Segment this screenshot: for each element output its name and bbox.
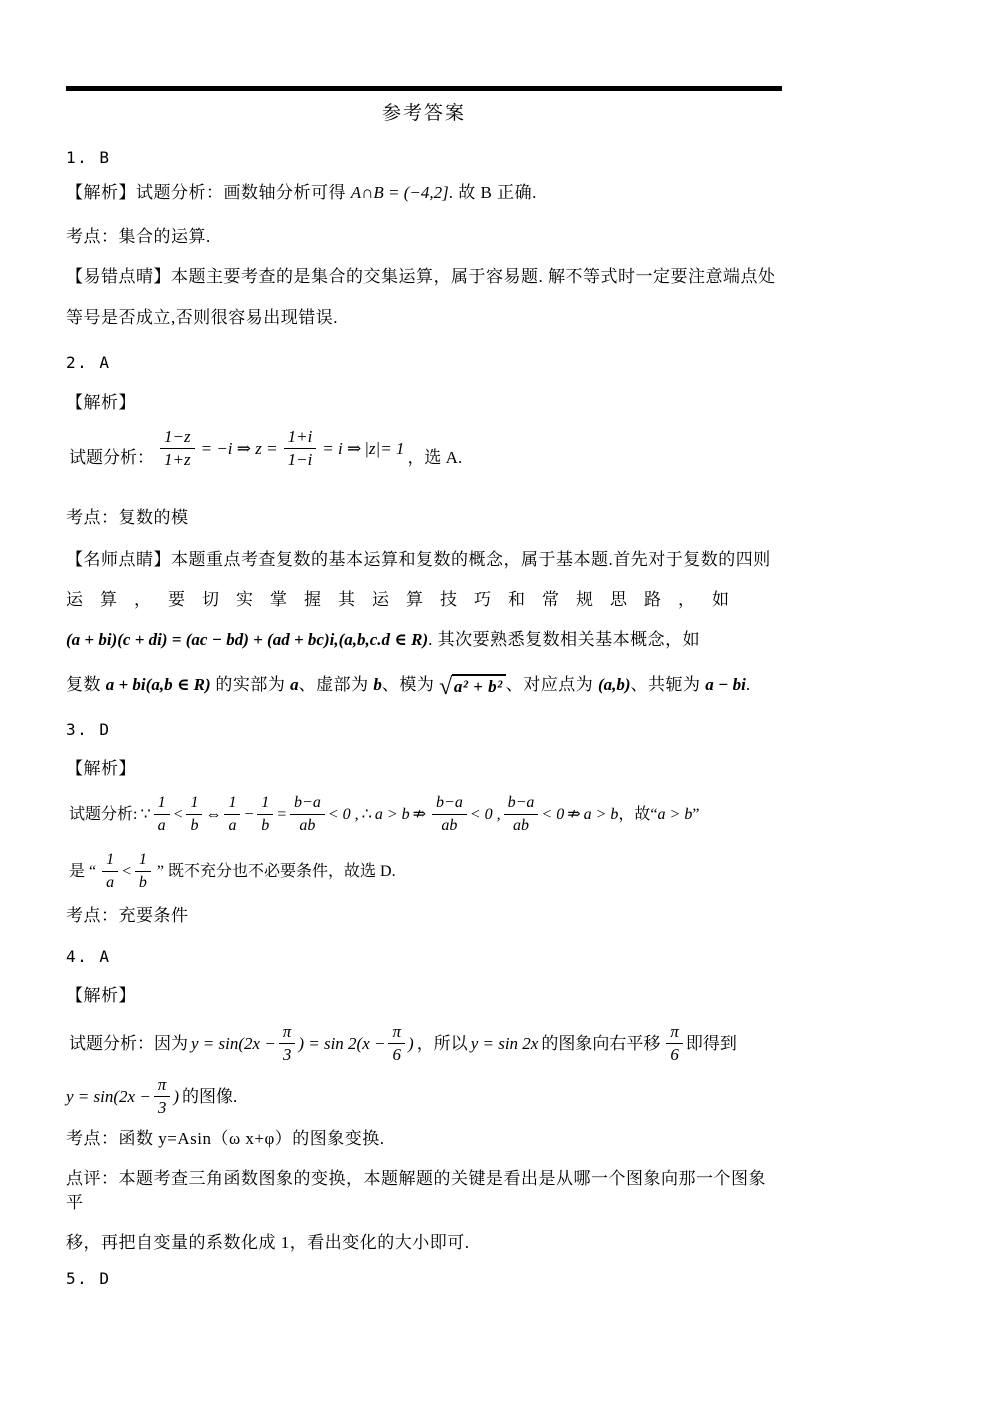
fraction-denominator: a (154, 815, 170, 836)
q2-note4-cn2: 的实部为 (215, 675, 285, 694)
fraction-denominator: 1+z (160, 449, 195, 470)
q2-note4-cn4: 、模为 (382, 675, 435, 694)
q3-lt0b: < 0 , (470, 805, 501, 825)
document-page: 参考答案 1. B 【解析】试题分析：画数轴分析可得 A∩B = (−4,2].… (0, 0, 992, 1403)
q1-kaodian: 考点：集合的运算. (66, 225, 782, 249)
q2-formula-tail: ，选 A. (407, 448, 462, 470)
fraction-denominator: ab (290, 815, 325, 836)
q2-note-math: (a + bi)(c + di) = (ac − bd) + (ad + bc)… (66, 630, 428, 649)
q2-note-line2: 运算，要切实掌握其运算技巧和常规思路，如 (66, 588, 782, 612)
not-implies-symbol: ⇏ (567, 805, 580, 825)
fraction: 1b (186, 793, 202, 836)
fraction: 1+i 1−i (284, 427, 317, 470)
q2-formula-abs: |z|= 1 (364, 439, 404, 459)
q3-ab3: a > b (658, 805, 693, 825)
q3-formula-label: 试题分析: (69, 805, 137, 825)
q1-analysis-math: A∩B = (−4,2] (351, 183, 449, 202)
fraction-denominator: b (186, 815, 202, 836)
fraction: π6 (666, 1022, 683, 1065)
fraction-numerator: 1 (154, 793, 170, 815)
q1-analysis-prefix: 【解析】试题分析：画数轴分析可得 (66, 183, 346, 202)
fraction-numerator: 1 (135, 850, 151, 872)
fraction-denominator: 3 (279, 1044, 296, 1065)
q4-comment-line2: 移，再把自变量的系数化成 1，看出变化的大小即可. (66, 1231, 782, 1255)
q4-row2-cn1: 的图像. (182, 1087, 237, 1107)
q2-formula-mid1: = −i ⇒ z = (201, 439, 278, 459)
q3-kaodian: 考点：充要条件 (66, 904, 782, 928)
q4-kaodian: 考点：函数 y=Asin（ω x+φ）的图象变换. (66, 1127, 782, 1151)
fraction-denominator: b (135, 872, 151, 893)
radical-sign-icon: √ (439, 677, 453, 697)
fraction-numerator: b−a (504, 793, 539, 815)
header-rule (66, 86, 782, 91)
q2-note4-cn1: 复数 (66, 675, 101, 694)
fraction: 1a (224, 793, 240, 836)
fraction-numerator: π (154, 1075, 171, 1097)
q2-note4-cn7: . (746, 675, 751, 694)
answer-2-label: 2. A (66, 352, 782, 374)
fraction: 1a (154, 793, 170, 836)
q3-ab1: a > b (375, 805, 410, 825)
q3-ab2: a > b (584, 805, 619, 825)
q3-lt0a: < 0 , (328, 805, 359, 825)
q4-formula-row2: y = sin(2x − π3 ) 的图像. (66, 1075, 782, 1118)
fraction-numerator: π (279, 1022, 296, 1044)
q4-row1-m2: ) = sin 2(x − (298, 1034, 385, 1054)
fraction-denominator: b (257, 815, 273, 836)
fraction: π3 (154, 1075, 171, 1118)
answer-4-label: 4. A (66, 946, 782, 968)
q2-note4-m2: a (290, 675, 299, 694)
fraction: 1b (257, 793, 273, 836)
fraction: π3 (279, 1022, 296, 1065)
q4-row1-m1: y = sin(2x − (191, 1034, 276, 1054)
q3-lt0c: < 0 (541, 805, 564, 825)
q2-note4-m1: a + bi(a,b ∈ R) (106, 675, 211, 694)
q3-row2-prefix: 是 “ (69, 862, 96, 882)
because-symbol: ∵ (140, 805, 150, 825)
fraction: b−aab (504, 793, 539, 836)
fraction-denominator: 6 (388, 1044, 405, 1065)
page-title: 参考答案 (66, 101, 782, 127)
fraction-denominator: 3 (154, 1097, 171, 1118)
fraction-numerator: 1 (257, 793, 273, 815)
q3-tail-cn: ，故“ (618, 805, 657, 825)
q2-kaodian: 考点：复数的模 (66, 506, 782, 530)
q2-jiexi-label: 【解析】 (66, 391, 782, 415)
q3-jiexi-label: 【解析】 (66, 757, 782, 781)
fraction-numerator: π (388, 1022, 405, 1044)
q3-formula-row1: 试题分析: ∵ 1a < 1b ⇔ 1a − 1b = b−aab < 0 , … (66, 793, 782, 836)
page-content: 参考答案 1. B 【解析】试题分析：画数轴分析可得 A∩B = (−4,2].… (0, 0, 992, 1290)
fraction-denominator: a (102, 872, 118, 893)
fraction-denominator: a (224, 815, 240, 836)
less-than: < (121, 862, 132, 882)
answer-3-label: 3. D (66, 719, 782, 741)
fraction-numerator: 1−z (160, 427, 195, 449)
q3-row2-tail: ” 既不充分也不必要条件，故选 D. (157, 862, 396, 882)
answer-1-label: 1. B (66, 147, 782, 169)
fraction-numerator: 1 (224, 793, 240, 815)
minus-sign: − (243, 805, 254, 825)
q2-note-suffix: . 其次要熟悉复数相关基本概念，如 (428, 630, 700, 649)
q2-note-line3: (a + bi)(c + di) = (ac − bd) + (ad + bc)… (66, 628, 782, 652)
q2-note-line1: 【名师点睛】本题重点考查复数的基本运算和复数的概念，属于基本题.首先对于复数的四… (66, 548, 782, 572)
q4-formula-row1: 试题分析：因为 y = sin(2x − π3 ) = sin 2(x − π6… (66, 1022, 782, 1065)
fraction-denominator: ab (432, 815, 467, 836)
q4-row1-m3: ) (408, 1034, 414, 1054)
q1-analysis: 【解析】试题分析：画数轴分析可得 A∩B = (−4,2]. 故 B 正确. (66, 181, 782, 205)
fraction-denominator: 1−i (284, 449, 317, 470)
iff-symbol: ⇔ (205, 805, 221, 825)
fraction-numerator: 1+i (284, 427, 317, 449)
q4-row1-cn4: 即得到 (686, 1034, 737, 1054)
q2-formula-mid2: = i ⇒ (322, 439, 361, 459)
less-than: < (173, 805, 184, 825)
fraction-numerator: b−a (290, 793, 325, 815)
fraction-numerator: 1 (102, 850, 118, 872)
fraction: 1−z 1+z (160, 427, 195, 470)
fraction-denominator: 6 (666, 1044, 683, 1065)
q3-formula-row2: 是 “ 1a < 1b ” 既不充分也不必要条件，故选 D. (66, 850, 782, 893)
q2-note4-m5: a − bi (705, 675, 746, 694)
fraction-numerator: 1 (186, 793, 202, 815)
q3-quote: ” (692, 805, 699, 825)
answer-5-label: 5. D (66, 1268, 782, 1290)
q4-row1-m4: y = sin 2x (471, 1034, 539, 1054)
fraction: b−aab (290, 793, 325, 836)
q2-note-line4: 复数 a + bi(a,b ∈ R) 的实部为 a、虚部为 b、模为 √a² +… (66, 673, 782, 697)
not-implies-symbol: ⇏ (413, 805, 426, 825)
fraction: π6 (388, 1022, 405, 1065)
q1-note-line2: 等号是否成立,否则很容易出现错误. (66, 306, 782, 330)
q2-formula-row: 试题分析： 1−z 1+z = −i ⇒ z = 1+i 1−i = i ⇒ |… (66, 427, 782, 470)
fraction: 1b (135, 850, 151, 893)
q2-note4-cn6: 、共轭为 (631, 675, 701, 694)
q1-analysis-suffix: . 故 B 正确. (449, 183, 537, 202)
fraction-numerator: b−a (432, 793, 467, 815)
q2-formula-label: 试题分析： (69, 448, 154, 470)
q4-row2-m2: ) (173, 1087, 179, 1107)
fraction: b−aab (432, 793, 467, 836)
q4-row1-cn1: 试题分析：因为 (69, 1034, 188, 1054)
q4-row1-cn2: ，所以 (417, 1034, 468, 1054)
q4-row2-m1: y = sin(2x − (66, 1087, 151, 1107)
q4-jiexi-label: 【解析】 (66, 984, 782, 1008)
q2-note4-m3: b (373, 675, 382, 694)
sqrt-radicand: a² + b² (452, 674, 506, 697)
q2-note4-cn5: 、对应点为 (506, 675, 594, 694)
therefore-symbol: ∴ (362, 805, 372, 825)
q1-note-line1: 【易错点晴】本题主要考查的是集合的交集运算，属于容易题. 解不等式时一定要注意端… (66, 265, 782, 289)
q4-comment-line1: 点评：本题考查三角函数图象的变换，本题解题的关键是看出是从哪一个图象向那一个图象… (66, 1167, 782, 1215)
q4-row1-cn3: 的图象向右平移 (541, 1034, 660, 1054)
fraction-numerator: π (666, 1022, 683, 1044)
fraction-denominator: ab (504, 815, 539, 836)
fraction: 1a (102, 850, 118, 893)
q2-note4-m4: (a,b) (598, 675, 631, 694)
q2-note4-cn3: 、虚部为 (299, 675, 369, 694)
equals-sign: = (276, 805, 287, 825)
sqrt-expression: √a² + b² (439, 674, 506, 697)
